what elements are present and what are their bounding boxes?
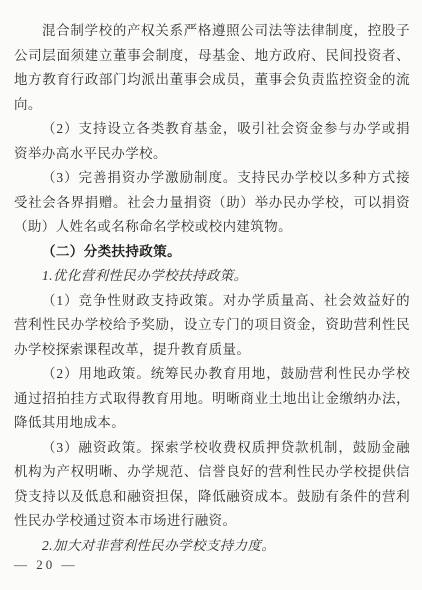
document-text-block: 混合制学校的产权关系严格遵照公司法等法律制度，控股子 公司层面须建立董事会制度，…	[14, 19, 410, 558]
section-heading: （二）分类扶持政策。	[14, 240, 410, 265]
paragraph-line: 公司层面须建立董事会制度，母基金、地方政府、民间投资者、	[14, 44, 410, 69]
paragraph-line: 地方教育行政部门均派出董事会成员，董事会负责监控资金的流	[14, 68, 410, 93]
paragraph-line: 受社会各界捐赠。社会力量捐资（助）举办民办学校，可以捐资	[14, 191, 410, 216]
paragraph-line: 机构为产权明晰、办学规范、信誉良好的营利性民办学校提供信	[14, 460, 410, 485]
paragraph-line: 资举办高水平民办学校。	[14, 142, 410, 167]
paragraph-line: 营利性民办学校给予奖励，设立专门的项目资金，资助营利性民	[14, 313, 410, 338]
paragraph-line: （3）完善捐资办学激励制度。支持民办学校以多种方式接	[14, 166, 410, 191]
paragraph-line: 贷支持以及低息和融资担保，降低融资成本。鼓励有条件的营利	[14, 485, 410, 510]
paragraph-line: 通过招拍挂方式取得教育用地。明晰商业土地出让金缴纳办法，	[14, 387, 410, 412]
subsection-heading: 2.加大对非营利性民办学校支持力度。	[14, 534, 410, 559]
page-number: — 20 —	[14, 557, 78, 573]
paragraph-line: （助）人姓名或名称命名学校或校内建筑物。	[14, 215, 410, 240]
paragraph-line: 向。	[14, 93, 410, 118]
paragraph-line: 性民办学校通过资本市场进行融资。	[14, 509, 410, 534]
paragraph-line: （2）支持设立各类教育基金，吸引社会资金参与办学或捐	[14, 117, 410, 142]
paragraph-line: （2）用地政策。统筹民办教育用地，鼓励营利性民办学校	[14, 362, 410, 387]
paragraph-line: （1）竞争性财政支持政策。对办学质量高、社会效益好的	[14, 289, 410, 314]
subsection-heading: 1.优化营利性民办学校扶持政策。	[14, 264, 410, 289]
paragraph-line: 办学校探索课程改革，提升教育质量。	[14, 338, 410, 363]
paragraph-line: 混合制学校的产权关系严格遵照公司法等法律制度，控股子	[14, 19, 410, 44]
document-page: { "page": { "background_color": "#fbfbf9…	[0, 0, 422, 590]
paragraph-line: （3）融资政策。探索学校收费权质押贷款机制，鼓励金融	[14, 436, 410, 461]
paragraph-line: 降低其用地成本。	[14, 411, 410, 436]
